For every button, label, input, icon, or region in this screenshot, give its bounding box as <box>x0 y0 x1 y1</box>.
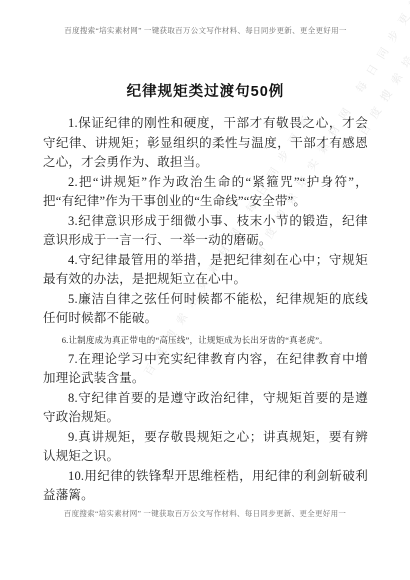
paragraph: 5.廉洁自律之弦任何时候都不能松，纪律规矩的底线任何时候都不能破。 <box>43 290 368 329</box>
paragraph: 6.让制度成为真正带电的“高压线”，让规矩成为长出牙齿的“真老虎”。 <box>43 333 368 347</box>
header-note: 百度搜索“培实素材网” 一键获取百万公文写作材料、每日同步更新、更全更好用一 <box>43 25 368 36</box>
paragraph: 10.用纪律的铁锋犁开思维桎梏，用纪律的利剑斩破利益藩篱。 <box>43 467 368 506</box>
paragraph: 3.纪律意识形成于细微小事、枝末小节的锻造，纪律意识形成于一言一行、一举一动的磨… <box>43 212 368 251</box>
document-body: 1.保证纪律的刚性和硬度，干部才有敬畏之心，才会守纪律、讲规矩；彰显组织的柔性与… <box>43 114 368 506</box>
paragraph: 9.真讲规矩，要存敬畏规矩之心；讲真规矩，要有辨认规矩之识。 <box>43 428 368 467</box>
paragraph: 7.在理论学习中充实纪律教育内容，在纪律教育中增加理论武装含量。 <box>43 350 368 389</box>
paragraph: 8.守纪律首要的是遵守政治纪律，守规矩首要的是遵守政治规矩。 <box>43 389 368 428</box>
paragraph: 2.把“讲规矩”作为政治生命的“紧箍咒”“护身符”，把“有纪律”作为干事创业的“… <box>43 173 368 212</box>
paragraph: 1.保证纪律的刚性和硬度，干部才有敬畏之心，才会守纪律、讲规矩；彰显组织的柔性与… <box>43 114 368 173</box>
paragraph: 4.守纪律最管用的举措，是把纪律刻在心中；守规矩最有效的办法，是把规矩立在心中。 <box>43 251 368 290</box>
document-page: 百度搜索“培实素材网” 一键获取百万公文写作材料、每日同步更新、更全更好用一 纪… <box>0 0 410 580</box>
footer-note: 百度搜索“培实素材网” 一键获取百万公文写作材料、每日同步更新、更全更好用一 <box>0 508 410 519</box>
page-title: 纪律规矩类过渡句50例 <box>43 80 368 101</box>
